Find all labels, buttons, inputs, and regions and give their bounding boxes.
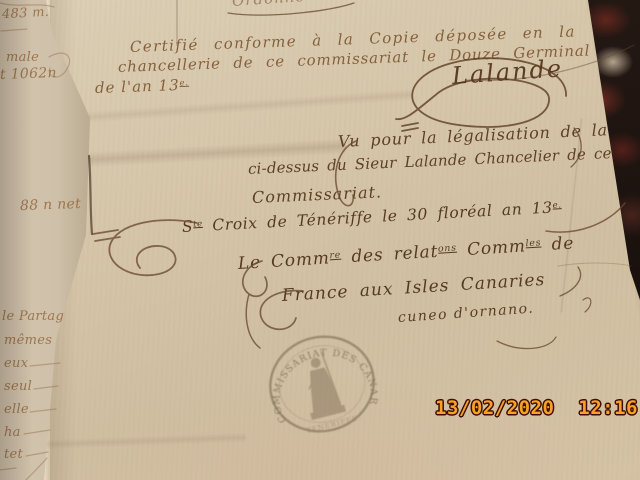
underpage-fragment: elle xyxy=(4,402,29,417)
commissaire-title-line: Le Commre des relatons Commles de xyxy=(237,233,574,274)
title-superscript: ons xyxy=(438,242,457,254)
photo-of-document: 483 m. male t 1062n 88 n net le Partage,… xyxy=(0,0,640,480)
underpage-fragment: tet xyxy=(4,447,23,462)
date-superscript: te xyxy=(193,219,203,229)
title-text: Comm xyxy=(456,236,526,260)
commissaire-title-line-2: France aux Isles Canaries xyxy=(281,270,545,306)
underpage-fragment: male xyxy=(6,50,39,65)
underpage-fragment: seul xyxy=(4,379,32,394)
certification-line-3-superscript: e. xyxy=(179,77,189,87)
certification-line-3-text: de l'an 13 xyxy=(95,76,180,97)
underpage-fragment: t 1062n xyxy=(0,65,57,83)
title-text: Le Comm xyxy=(237,248,330,274)
title-text: de xyxy=(541,233,575,255)
certification-line-3: de l'an 13e. xyxy=(95,76,190,97)
underpage-fragment: 483 m. xyxy=(2,5,50,22)
camera-timestamp: 13/02/2020 12:16 xyxy=(435,397,638,419)
fold-crease xyxy=(46,433,246,450)
commissaire-signature: cuneo d'ornano. xyxy=(397,300,534,325)
page-top-fragment: Ordonné xyxy=(231,0,305,10)
place-date-line: Ste Croix de Ténériffe le 30 floréal an … xyxy=(182,198,563,236)
title-text: des relat xyxy=(341,242,439,268)
legalisation-line-3: Commissariat. xyxy=(252,182,383,207)
underpage-fragment: mêmes xyxy=(4,333,52,348)
underpage-fragment: 88 n net xyxy=(20,196,82,214)
underpage-fragment: ha xyxy=(4,425,21,440)
date-superscript: e. xyxy=(552,200,561,210)
legalisation-line-2: ci-dessus du Sieur Lalande Chancelier de… xyxy=(248,144,612,178)
underpage-fragment: eux xyxy=(4,356,28,371)
title-superscript: les xyxy=(525,237,541,249)
